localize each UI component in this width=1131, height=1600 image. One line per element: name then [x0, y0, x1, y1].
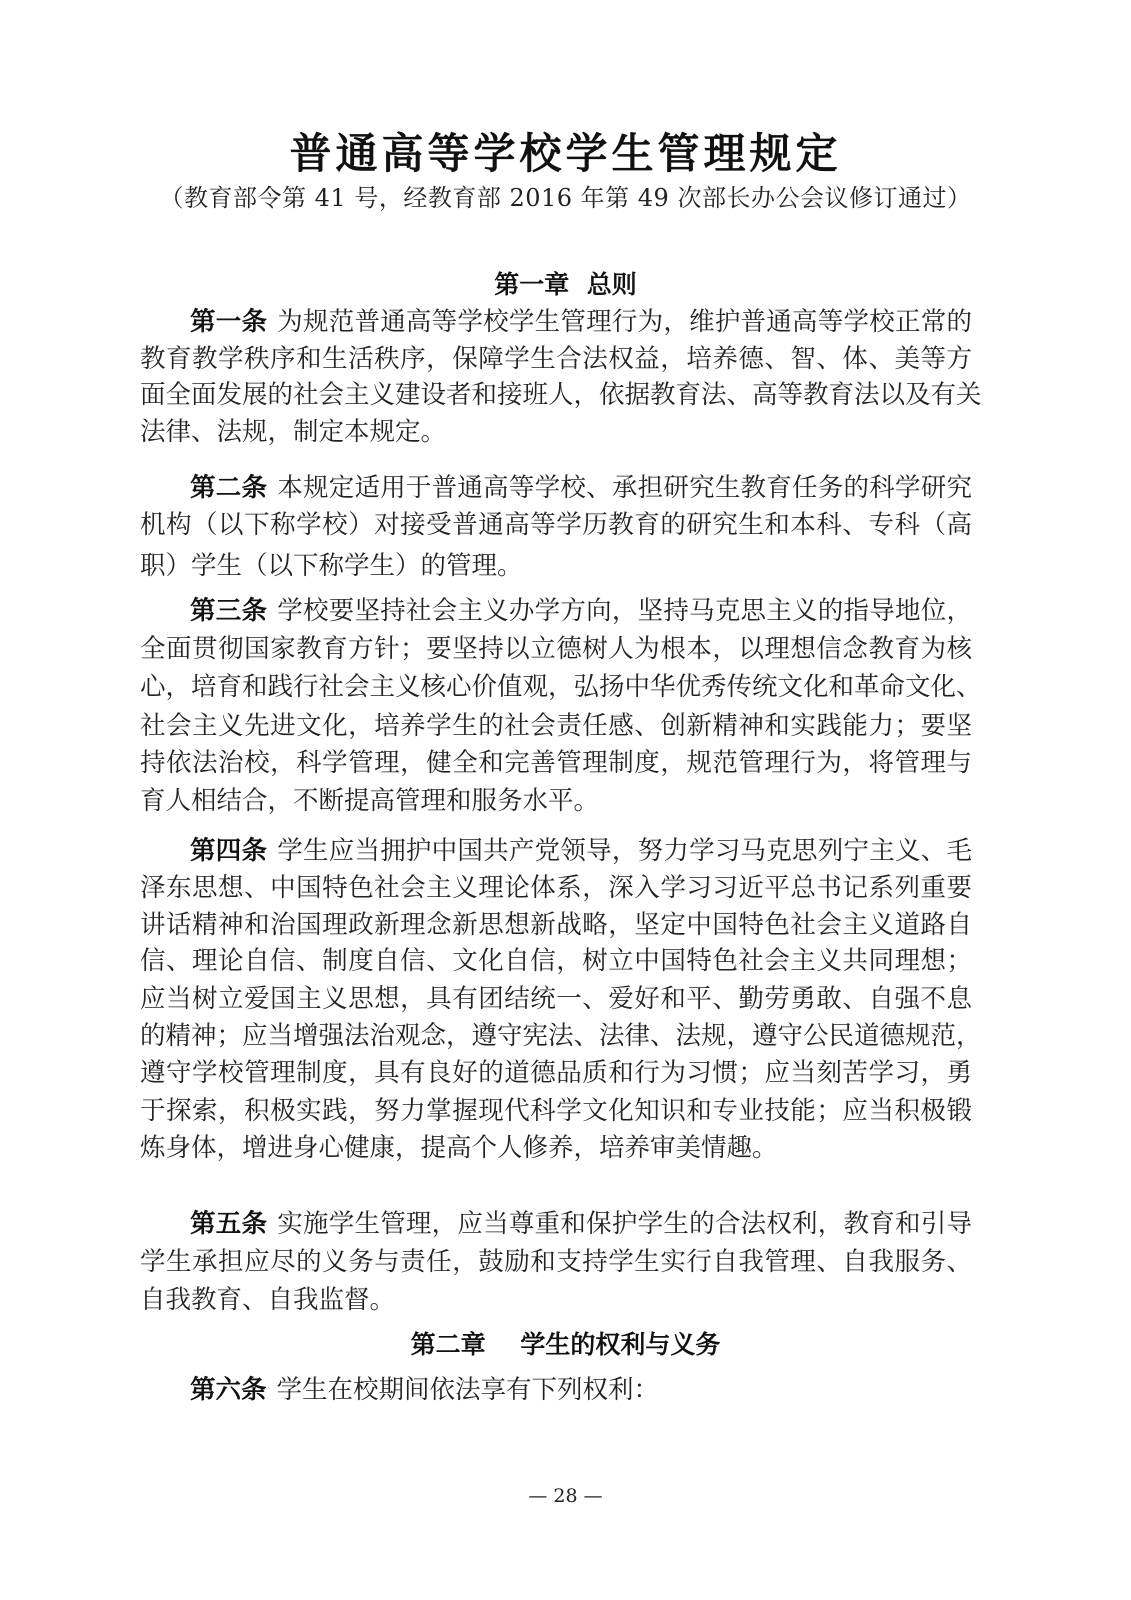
article-5-line-2: 学生承担应尽的义务与责任，鼓励和支持学生实行自我管理、自我服务、	[140, 1244, 972, 1280]
article-4-line-3: 讲话精神和治国理政新理念新思想新战略，坚定中国特色社会主义道路自	[140, 907, 972, 943]
article-label: 第六条	[190, 1375, 267, 1405]
article-4-line-1: 第四条学生应当拥护中国共产党领导，努力学习马克思列宁主义、毛	[190, 833, 972, 869]
article-2-line-3: 职）学生（以下称学生）的管理。	[140, 548, 972, 584]
article-3-line-6: 育人相结合，不断提高管理和服务水平。	[140, 783, 972, 819]
article-2-line-1: 第二条本规定适用于普通高等学校、承担研究生教育任务的科学研究	[190, 470, 972, 506]
article-label: 第四条	[190, 836, 267, 866]
article-3-line-4: 社会主义先进文化，培养学生的社会责任感、创新精神和实践能力；要坚	[140, 708, 972, 744]
document-title: 普通高等学校学生管理规定	[0, 126, 1131, 182]
article-1-line-4: 法律、法规，制定本规定。	[140, 414, 972, 450]
article-1-line-3: 面全面发展的社会主义建设者和接班人，依据教育法、高等教育法以及有关	[140, 377, 972, 413]
document-subtitle: （教育部令第 41 号，经教育部 2016 年第 49 次部长办公会议修订通过）	[0, 182, 1131, 214]
article-1-line-2: 教育教学秩序和生活秩序，保障学生合法权益，培养德、智、体、美等方	[140, 341, 972, 377]
article-label: 第一条	[190, 307, 267, 337]
article-label: 第三条	[190, 596, 267, 626]
article-2-line-2: 机构（以下称学校）对接受普通高等学历教育的研究生和本科、专科（高	[140, 507, 972, 543]
page-number: — 28 —	[0, 1482, 1131, 1510]
article-5-line-3: 自我教育、自我监督。	[140, 1282, 972, 1318]
article-4-line-6: 的精神；应当增强法治观念，遵守宪法、法律、法规，遵守公民道德规范，	[140, 1018, 972, 1054]
article-3-line-1: 第三条学校要坚持社会主义办学方向，坚持马克思主义的指导地位，	[190, 593, 972, 629]
article-4-line-2: 泽东思想、中国特色社会主义理论体系，深入学习习近平总书记系列重要	[140, 870, 972, 906]
chapter-heading-1: 第一章 总则	[0, 268, 1131, 302]
article-label: 第五条	[190, 1209, 267, 1239]
chapter-heading-2: 第二章 学生的权利与义务	[0, 1328, 1131, 1362]
article-4-line-7: 遵守学校管理制度，具有良好的道德品质和行为习惯；应当刻苦学习，勇	[140, 1055, 972, 1091]
article-4-line-8: 于探索，积极实践，努力掌握现代科学文化知识和专业技能；应当积极锻	[140, 1093, 972, 1129]
document-page: 普通高等学校学生管理规定 （教育部令第 41 号，经教育部 2016 年第 49…	[0, 0, 1131, 1600]
article-4-line-5: 应当树立爱国主义思想，具有团结统一、爱好和平、勤劳勇敢、自强不息	[140, 981, 972, 1017]
article-1-line-1: 第一条为规范普通高等学校学生管理行为，维护普通高等学校正常的	[190, 304, 972, 340]
article-3-line-5: 持依法治校，科学管理，健全和完善管理制度，规范管理行为，将管理与	[140, 745, 972, 781]
article-3-line-2: 全面贯彻国家教育方针；要坚持以立德树人为根本，以理想信念教育为核	[140, 631, 972, 667]
article-3-line-3: 心，培育和践行社会主义核心价值观，弘扬中华优秀传统文化和革命文化、	[140, 669, 972, 705]
article-5-line-1: 第五条实施学生管理，应当尊重和保护学生的合法权利，教育和引导	[190, 1206, 972, 1242]
article-4-line-9: 炼身体，增进身心健康，提高个人修养，培养审美情趣。	[140, 1130, 972, 1166]
article-6-line-1: 第六条学生在校期间依法享有下列权利：	[190, 1372, 972, 1408]
article-label: 第二条	[190, 473, 267, 503]
article-4-line-4: 信、理论自信、制度自信、文化自信，树立中国特色社会主义共同理想；	[140, 943, 972, 979]
